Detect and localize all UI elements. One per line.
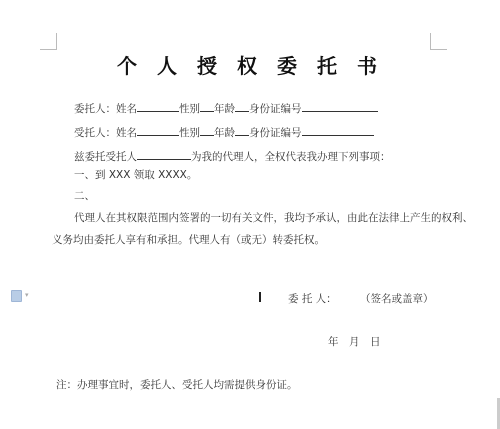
agent-name-label: 受托人：姓名 xyxy=(74,127,137,139)
principal-id-label: 身份证编号 xyxy=(249,103,302,115)
principal-line: 委托人：姓名性别年龄身份证编号 xyxy=(74,101,378,116)
principal-name-label: 委托人：姓名 xyxy=(74,103,137,115)
principal-gender-label: 性别 xyxy=(179,103,200,115)
title-char: 书 xyxy=(357,50,377,79)
paragraph-line-2: 义务均由委托人享有和承担。代理人有（或无）转委托权。 xyxy=(52,232,325,247)
appoint-suffix: 为我的代理人，全权代表我办理下列事项： xyxy=(191,151,391,163)
item-2: 二、 xyxy=(74,188,95,203)
title-char: 委 xyxy=(277,50,297,79)
page-corner-top-right-mark xyxy=(430,33,447,50)
agent-gender-blank[interactable] xyxy=(200,125,214,136)
principal-id-blank[interactable] xyxy=(302,101,378,112)
date-month: 月 xyxy=(349,334,360,349)
date-day: 日 xyxy=(370,334,381,349)
agent-id-label: 身份证编号 xyxy=(249,127,302,139)
title-char: 权 xyxy=(237,50,257,79)
agent-id-blank[interactable] xyxy=(302,125,374,136)
item-1: 一、到 XXX 领取 XXXX。 xyxy=(74,167,197,182)
paragraph-line-1: 代理人在其权限范围内签署的一切有关文件，我均予承认，由此在法律上产生的权利、 xyxy=(74,210,473,225)
principal-name-blank[interactable] xyxy=(137,101,179,112)
appoint-line: 兹委托受托人为我的代理人，全权代表我办理下列事项： xyxy=(74,149,391,164)
principal-gender-blank[interactable] xyxy=(200,101,214,112)
agent-name-blank[interactable] xyxy=(137,125,179,136)
agent-age-blank[interactable] xyxy=(235,125,249,136)
signature-hint: （签名或盖章） xyxy=(360,291,434,306)
title-char: 人 xyxy=(157,50,177,79)
page-corner-top-left-mark xyxy=(40,33,57,50)
agent-age-label: 年龄 xyxy=(214,127,235,139)
title-char: 托 xyxy=(317,50,337,79)
text-cursor xyxy=(259,292,261,302)
title-char: 授 xyxy=(197,50,217,79)
principal-age-blank[interactable] xyxy=(235,101,249,112)
appoint-agent-blank[interactable] xyxy=(137,149,191,160)
agent-line: 受托人：姓名性别年龄身份证编号 xyxy=(74,125,374,140)
dropdown-arrow-icon[interactable]: ▾ xyxy=(25,291,29,299)
date-year: 年 xyxy=(328,334,339,349)
agent-gender-label: 性别 xyxy=(179,127,200,139)
appoint-prefix: 兹委托受托人 xyxy=(74,151,137,163)
principal-age-label: 年龄 xyxy=(214,103,235,115)
signature-label: 委 托 人： xyxy=(288,291,337,306)
document-icon[interactable] xyxy=(11,290,22,302)
title-char: 个 xyxy=(117,50,137,79)
note-text: 注：办理事宜时，委托人、受托人均需提供身份证。 xyxy=(56,377,298,392)
